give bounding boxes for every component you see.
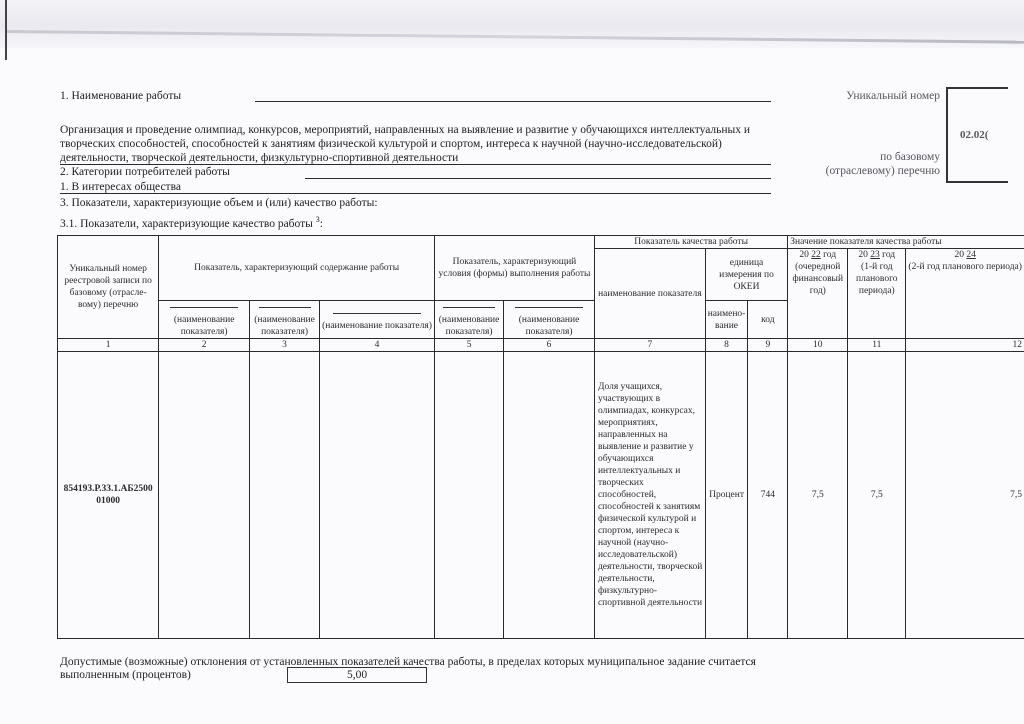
header-year-1: 20 22 год (очередной финансовый год) — [788, 249, 848, 339]
column-number: 6 — [504, 339, 595, 352]
column-number: 7 — [594, 339, 705, 352]
header-sub-name-3: (наименование показателя) — [250, 301, 320, 339]
cell-2 — [159, 352, 250, 639]
underline — [255, 101, 771, 102]
section-2-label: 2. Категории потребителей работы — [60, 165, 230, 179]
unit-name-cell: Процент — [705, 352, 748, 639]
unique-number-label-3: (отраслевому) перечню — [800, 164, 940, 178]
unique-number-box: 02.02( — [946, 87, 1008, 183]
header-okei-name: наимено-вание — [705, 301, 748, 339]
column-number: 10 — [788, 339, 848, 352]
work-name-line-1: Организация и проведение олимпиад, конку… — [60, 123, 750, 137]
column-number: 4 — [320, 339, 435, 352]
work-name-line-3: деятельности, творческой деятельности, ф… — [60, 151, 458, 165]
header-sub-name-5: (наименование показателя) — [435, 301, 504, 339]
quality-indicators-table: Уникальный номер реестровой записи по ба… — [57, 235, 1024, 639]
column-number: 9 — [748, 339, 788, 352]
deviation-value-box: 5,00 — [287, 667, 427, 683]
section-1-label: 1. Наименование работы — [60, 89, 181, 103]
value-2023-cell: 7,5 — [848, 352, 906, 639]
scan-edge — [5, 0, 7, 60]
section-3-1-label: 3.1. Показатели, характеризующие качеств… — [60, 213, 323, 231]
header-year-2: 20 23 год (1-й год планового периода) — [848, 249, 906, 339]
column-number: 3 — [250, 339, 320, 352]
header-indicator-name: наименование показателя — [594, 249, 705, 339]
header-values-group: Значение показателя качества работы — [788, 236, 1024, 249]
column-number: 11 — [848, 339, 906, 352]
value-2024-cell: 7,5 — [906, 352, 1024, 639]
value-2022-cell: 7,5 — [788, 352, 848, 639]
column-number: 2 — [159, 339, 250, 352]
header-sub-name-6: (наименование показателя) — [504, 301, 595, 339]
unique-number-label-2: по базовому — [820, 150, 940, 164]
table-row: 854193.Р.33.1.АБ2500 01000 Доля учащихся… — [58, 352, 1024, 639]
unit-code-cell: 744 — [748, 352, 788, 639]
cell-6 — [504, 352, 595, 639]
header-sub-name-2: (наименование показателя) — [159, 301, 250, 339]
deviation-text-2: выполненным (процентов) — [60, 668, 191, 682]
section-3-label: 3. Показатели, характеризующие объем и (… — [60, 196, 378, 210]
underline — [60, 193, 771, 194]
header-year-3: 20 24 (2-й год планового периода) — [906, 249, 1024, 339]
header-sub-name-4: (наименование показателя) — [320, 301, 435, 339]
header-okei-code: код — [748, 301, 788, 339]
registry-number-cell: 854193.Р.33.1.АБ2500 01000 — [58, 352, 159, 639]
column-number: 5 — [435, 339, 504, 352]
indicator-name-cell: Доля учащихся, участвующих в олимпиадах,… — [594, 352, 705, 639]
unique-number-value: 02.02( — [960, 129, 988, 141]
column-number: 12 — [906, 339, 1024, 352]
cell-3 — [250, 352, 320, 639]
underline — [305, 178, 771, 179]
work-name-line-2: творческих способностей, способностей к … — [60, 137, 722, 151]
header-content-indicator: Показатель, характеризующий содержание р… — [159, 236, 435, 301]
cell-4 — [320, 352, 435, 639]
column-numbers-row: 1 2 3 4 5 6 7 8 9 10 11 12 — [58, 339, 1024, 352]
cell-5 — [435, 352, 504, 639]
consumer-category: 1. В интересах общества — [60, 180, 181, 194]
header-conditions-indicator: Показатель, характеризующий условия (фор… — [435, 236, 595, 301]
header-okei-unit: единица измерения по ОКЕИ — [705, 249, 788, 301]
column-number: 8 — [705, 339, 748, 352]
unique-number-label: Уникальный номер — [840, 89, 940, 103]
header-registry-number: Уникальный номер реестровой записи по ба… — [58, 236, 159, 339]
header-quality-indicator: Показатель качества работы — [594, 236, 787, 249]
column-number: 1 — [58, 339, 159, 352]
